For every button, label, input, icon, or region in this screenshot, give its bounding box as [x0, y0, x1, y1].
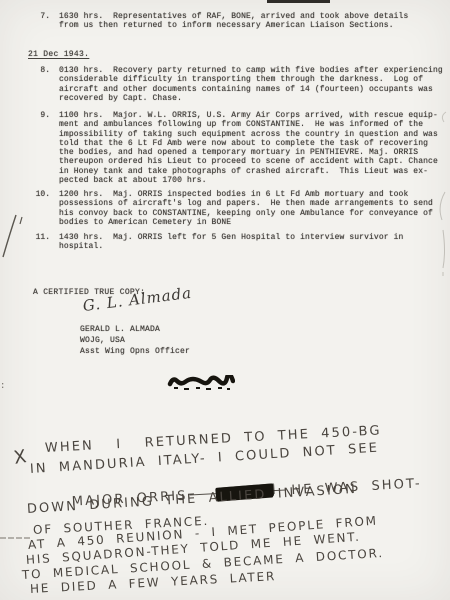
stray-ink-mark: :: [0, 381, 5, 391]
typed-line: ment and ambulances following up from CO…: [59, 120, 438, 129]
top-edge-rule: [267, 0, 330, 3]
typed-line: 1430 hrs. Maj. ORRIS left for 5 Gen Hosp…: [59, 233, 403, 242]
typed-line: recovered by Capt. Chase.: [59, 94, 443, 103]
typed-line: from us then returned to inform necessar…: [59, 21, 408, 30]
typed-line: 0130 hrs. Recovery party returned to cam…: [59, 66, 443, 75]
entry-number: 7.: [30, 12, 50, 31]
typed-line: told that the 6 Lt Fd Amb were now about…: [59, 139, 438, 148]
typed-line: 1630 hrs. Representatives of RAF, BONE, …: [59, 12, 408, 21]
typed-line: considerable difficulty in transporting …: [59, 75, 443, 84]
typed-line: hospital.: [59, 242, 403, 251]
signatory-rank: WOJG, USA: [80, 336, 125, 345]
typed-line: in Honey tank and take photographs of cr…: [59, 167, 438, 176]
typed-line: 1100 hrs. Major. W.L. ORRIS, U.S. Army A…: [59, 111, 438, 120]
typed-line: the bodies, and had opened a temporary m…: [59, 148, 438, 157]
typed-line: 1200 hrs. Maj. ORRIS inspected bodies in…: [59, 190, 433, 199]
typed-line: pected back at about 1700 hrs.: [59, 176, 438, 185]
entry-number: 11.: [30, 233, 50, 252]
ink-scribble-stamp-icon: [167, 375, 235, 391]
scanned-document-page: 7. 1630 hrs. Representatives of RAF, BON…: [0, 0, 450, 600]
typed-line: impossibility of taking such equipment a…: [59, 130, 438, 139]
typed-entry-7: 7. 1630 hrs. Representatives of RAF, BON…: [30, 12, 408, 31]
typed-entry-11: 11. 1430 hrs. Maj. ORRIS left for 5 Gen …: [30, 233, 403, 252]
typed-entry-9: 9. 1100 hrs. Major. W.L. ORRIS, U.S. Arm…: [30, 111, 438, 185]
typed-line: bodies to American Cemetery in BONE: [59, 218, 433, 227]
pencil-slash-mark-icon: [1, 213, 27, 259]
pencil-margin-marks-icon: [430, 100, 450, 300]
entry-number: 9.: [30, 111, 50, 185]
typed-line: aircraft and other documents containing …: [59, 85, 443, 94]
typed-entry-10: 10. 1200 hrs. Maj. ORRIS inspected bodie…: [30, 190, 433, 227]
entry-number: 8.: [30, 66, 50, 103]
typed-line: thereupon ordered his Lieut to proceed t…: [59, 157, 438, 166]
margin-x-mark: X: [12, 446, 27, 469]
typed-entry-8: 8. 0130 hrs. Recovery party returned to …: [30, 66, 443, 103]
typed-line: possessions of aircraft's log and papers…: [59, 199, 433, 208]
entry-number: 10.: [30, 190, 50, 227]
signatory-name: GERALD L. ALMADA: [80, 325, 160, 334]
date-heading: 21 Dec 1943.: [28, 50, 89, 59]
signatory-title: Asst Wing Opns Officer: [80, 347, 190, 356]
typed-line: his convoy back to CONSTANTINE, keeping …: [59, 209, 433, 218]
pencil-dash-marks: [0, 537, 30, 539]
